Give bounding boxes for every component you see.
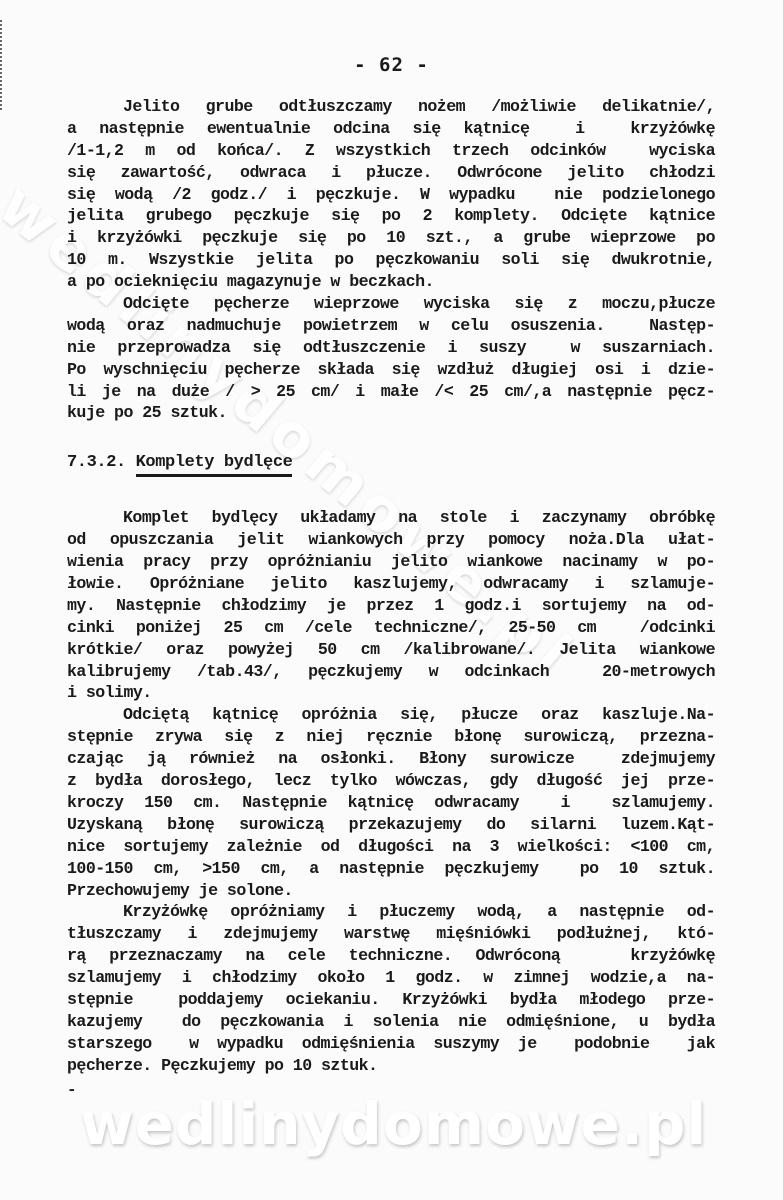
text-line: Uzyskaną błonę surowiczą przekazujemy do… [67, 814, 715, 836]
text-line: Po wyschnięciu pęcherze składa się wzdłu… [67, 359, 715, 381]
paragraph-1: Jelito grube odtłuszczamy nożem /możliwi… [67, 96, 715, 293]
text-line: Przechowujemy je solone. [67, 880, 715, 902]
text-line: szlamujemy i chłodzimy około 1 godz. w z… [67, 967, 715, 989]
section-heading: 7.3.2. Komplety bydlęce [67, 453, 715, 479]
paragraph-3: Komplet bydlęcy układamy na stole i zacz… [67, 507, 715, 704]
text-line: Komplet bydlęcy układamy na stole i zacz… [67, 507, 715, 529]
text-line: 100-150 cm, >150 cm, a następnie pęczkuj… [67, 858, 715, 880]
text-line: się zawartość, odwraca i płucze. Odwróco… [67, 162, 715, 184]
text-line: Jelito grube odtłuszczamy nożem /możliwi… [67, 96, 715, 118]
text-line: kalibrujemy /tab.43/, pęczkujemy w odcin… [67, 661, 715, 683]
text-line: rą przeznaczamy na cele techniczne. Odwr… [67, 945, 715, 967]
text-line: tłuszczamy i zdejmujemy warstwę mięśniów… [67, 923, 715, 945]
text-line: Krzyżówkę opróżniamy i płuczemy wodą, a … [67, 901, 715, 923]
text-line: li je na duże / > 25 cm/ i małe /< 25 cm… [67, 381, 715, 403]
text-line: a po ocieknięciu magazynuje w beczkach. [67, 271, 715, 293]
text-line: pęcherze. Pęczkujemy po 10 sztuk. [67, 1055, 715, 1077]
section-number: 7.3.2. [67, 453, 126, 472]
text-line: nie przeprowadza się odtłuszczenie i sus… [67, 337, 715, 359]
text-line: stępnie poddajemy ociekaniu. Krzyżówki b… [67, 989, 715, 1011]
text-line: czając ją również na osłonki. Błony suro… [67, 748, 715, 770]
text-line: łowie. Opróżniane jelito kaszlujemy, odw… [67, 573, 715, 595]
text-line: starszego w wypadku odmięśnienia suszymy… [67, 1033, 715, 1055]
text-line: kroczy 150 cm. Następnie kątnicę odwraca… [67, 792, 715, 814]
text-line: Odcięte pęcherze wieprzowe wyciska się z… [67, 293, 715, 315]
text-line: stępnie zrywa się z niej ręcznie błonę s… [67, 726, 715, 748]
text-line: i solimy. [67, 682, 715, 704]
paragraph-4: Odciętą kątnicę opróżnia się, płucze ora… [67, 704, 715, 901]
text-line: od opuszczania jelit wiankowych przy pom… [67, 529, 715, 551]
text-line: i krzyżówki pęczkuje się po 10 szt., a g… [67, 227, 715, 249]
paragraph-2: Odcięte pęcherze wieprzowe wyciska się z… [67, 293, 715, 424]
document-body: Jelito grube odtłuszczamy nożem /możliwi… [67, 96, 715, 1099]
page-number: - 62 - [0, 54, 783, 76]
text-line: a następnie ewentualnie odcina się kątni… [67, 118, 715, 140]
section-title: Komplety bydlęce [136, 453, 293, 477]
text-line: nice sortujemy zależnie od długości na 3… [67, 836, 715, 858]
text-line: się wodą /2 godz./ i pęczkuje. W wypadku… [67, 184, 715, 206]
bottom-watermark: wedlinydomowe.pl [80, 1090, 720, 1158]
text-line: krótkie/ oraz powyżej 50 cm /kalibrowane… [67, 639, 715, 661]
text-line: kuje po 25 sztuk. [67, 402, 715, 424]
text-line: cinki poniżej 25 cm /cele techniczne/, 2… [67, 617, 715, 639]
text-line: my. Następnie chłodzimy je przez 1 godz.… [67, 595, 715, 617]
text-line: 10 m. Wszystkie jelita po pęczkowaniu so… [67, 249, 715, 271]
text-line: wodą oraz nadmuchuje powietrzem w celu o… [67, 315, 715, 337]
text-line: kazujemy do pęczkowania i solenia nie od… [67, 1011, 715, 1033]
text-line: z bydła dorosłego, lecz tylko wówczas, g… [67, 770, 715, 792]
text-line: /1-1,2 m od końca/. Z wszystkich trzech … [67, 140, 715, 162]
paragraph-5: Krzyżówkę opróżniamy i płuczemy wodą, a … [67, 901, 715, 1076]
text-line: wienia pracy przy opróżnianiu jelito wia… [67, 551, 715, 573]
text-line: jelita grubego pęczkuje się po 2 komplet… [67, 205, 715, 227]
text-line: Odciętą kątnicę opróżnia się, płucze ora… [67, 704, 715, 726]
